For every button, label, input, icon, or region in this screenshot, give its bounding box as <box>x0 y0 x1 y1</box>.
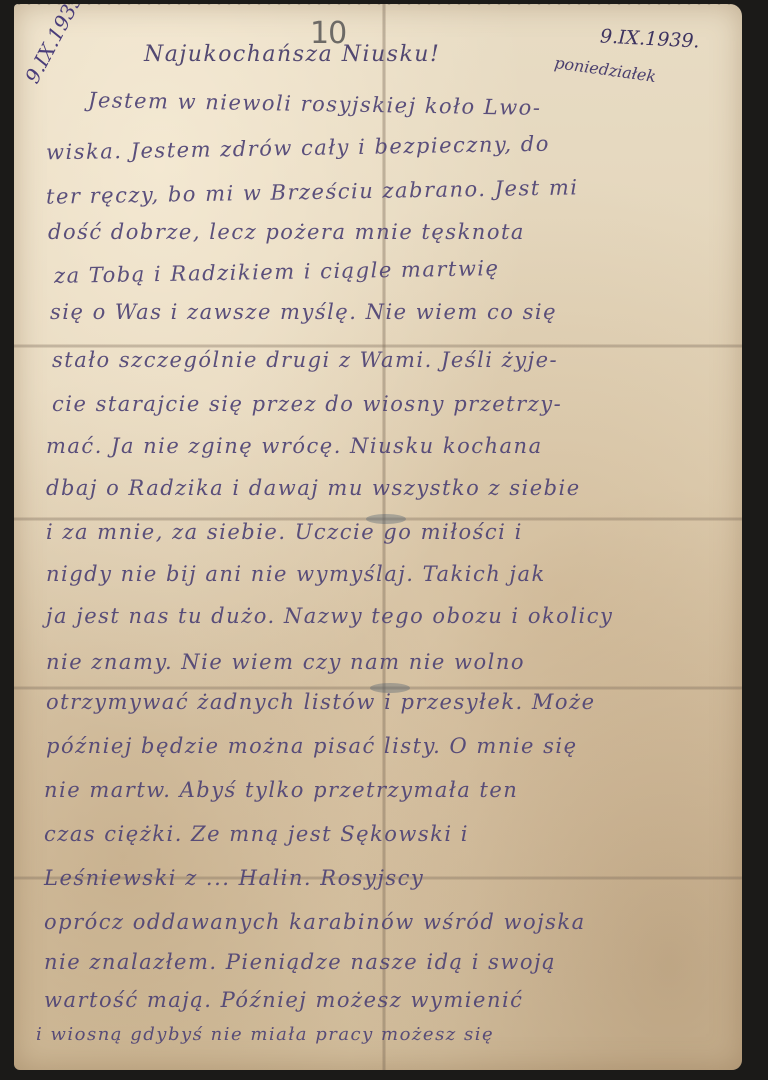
letter-line: ter ręczy, bo mi w Brześciu zabrano. Jes… <box>46 175 579 208</box>
salutation: Najukochańsza Niusku! <box>144 42 440 67</box>
letter-line: i wiosną gdybyś nie miała pracy możesz s… <box>36 1024 494 1045</box>
letter-body: Najukochańsza Niusku! Jestem w niewoli r… <box>14 4 742 1070</box>
letter-line: i za mnie, za siebie. Uczcie go miłości … <box>46 520 523 544</box>
letter-line: nie znalazłem. Pieniądze nasze idą i swo… <box>44 950 556 974</box>
scalloped-top-edge <box>14 0 740 10</box>
letter-line: mać. Ja nie zginę wrócę. Niusku kochana <box>46 434 543 458</box>
letter-line: dbaj o Radzika i dawaj mu wszystko z sie… <box>46 476 581 500</box>
letter-line: czas ciężki. Ze mną jest Sękowski i <box>44 822 469 846</box>
letter-line: nie znamy. Nie wiem czy nam nie wolno <box>46 650 525 674</box>
letter-line: Leśniewski z ... Halin. Rosyjscy <box>44 866 424 890</box>
letter-line: dość dobrze, lecz pożera mnie tęsknota <box>48 220 525 244</box>
letter-line: Jestem w niewoli rosyjskiej koło Lwo- <box>88 88 542 120</box>
letter-line: wiska. Jestem zdrów cały i bezpieczny, d… <box>46 132 550 165</box>
letter-line: nie martw. Abyś tylko przetrzymała ten <box>44 778 518 802</box>
letter-line: oprócz oddawanych karabinów wśród wojska <box>44 910 586 934</box>
letter-line: się o Was i zawsze myślę. Nie wiem co si… <box>50 300 557 324</box>
letter-line: otrzymywać żadnych listów i przesyłek. M… <box>46 690 596 714</box>
letter-line: wartość mają. Później możesz wymienić <box>44 988 523 1012</box>
letter-line: nigdy nie bij ani nie wymyślaj. Takich j… <box>46 562 546 586</box>
letter-line: później będzie można pisać listy. O mnie… <box>46 734 578 758</box>
letter-paper: 10 9.IX.1939 9.IX.1939. poniedziałek Naj… <box>14 4 742 1070</box>
letter-line: ja jest nas tu dużo. Nazwy tego obozu i … <box>46 604 613 628</box>
letter-line: cie starajcie się przez do wiosny przetr… <box>52 392 562 416</box>
letter-line: stało szczególnie drugi z Wami. Jeśli ży… <box>52 348 558 372</box>
letter-line: za Tobą i Radzikiem i ciągle martwię <box>54 256 500 288</box>
